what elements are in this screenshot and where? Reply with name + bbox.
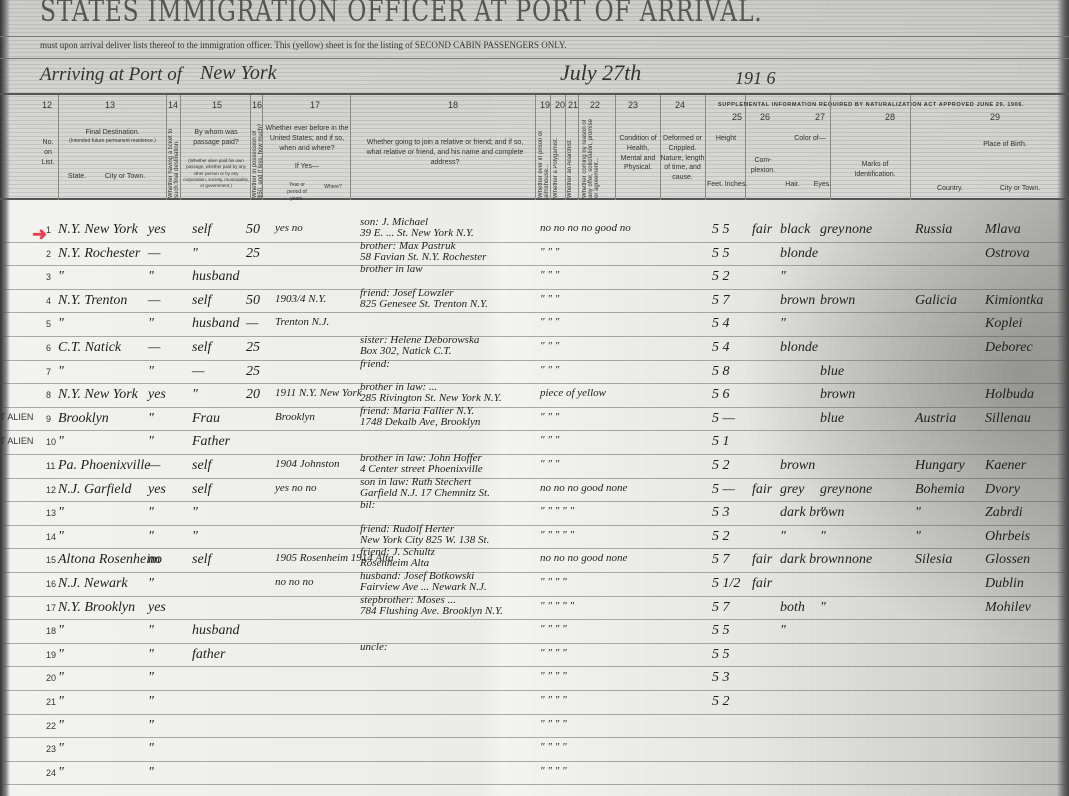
header-passage-paid-sub: (Whether alien paid his own passage, whe… [182, 158, 250, 189]
column-divider [535, 95, 536, 200]
cell-dest: " [58, 741, 64, 757]
cell-city: Deborec [985, 340, 1033, 356]
cell-before: 1903/4 N.Y. [275, 293, 326, 305]
row-rule [0, 478, 1069, 479]
cell-city: Koplei [985, 316, 1022, 332]
cell-dest: " [58, 670, 64, 686]
column-number: 13 [105, 100, 115, 110]
row-number: 1 [46, 225, 51, 235]
cell-ticket: no [148, 552, 162, 568]
cell-country: Galicia [915, 293, 957, 309]
header-state: State. [62, 172, 92, 182]
column-divider [578, 95, 579, 200]
cell-flags: " " " " " [540, 505, 574, 517]
row-rule [0, 360, 1069, 361]
cell-complexion: fair [752, 576, 772, 592]
cell-money: 25 [246, 364, 260, 380]
cell-ticket: " [148, 529, 154, 545]
cell-before: 1911 N.Y. New York [275, 387, 362, 399]
cell-eyes: grey [820, 222, 844, 238]
cell-flags: " " " [540, 411, 559, 423]
header-money: Whether in possession of $50, and if les… [252, 118, 264, 198]
column-number: 16 [252, 100, 262, 110]
row-number: 6 [46, 343, 51, 353]
cell-ticket: yes [148, 600, 166, 616]
row-number: 19 [46, 650, 56, 660]
row-number: 7 [46, 367, 51, 377]
cell-dest: N.Y. Brooklyn [58, 600, 135, 616]
column-number: 22 [590, 100, 600, 110]
cell-flags: " " " " " [540, 600, 574, 612]
cell-height: 5 2 [712, 269, 730, 285]
cell-city: Kimiontka [985, 293, 1043, 309]
header-final-destination: Final Destination. [60, 128, 165, 138]
cell-country: Bohemia [915, 482, 965, 498]
header-city: City or Town. [990, 184, 1050, 194]
header-complexion: Com-plexion. [748, 156, 778, 176]
row-rule [0, 619, 1069, 620]
cell-eyes: brown [820, 387, 855, 403]
cell-flags: no no no good none [540, 482, 627, 494]
cell-ticket: " [148, 434, 154, 450]
cell-ticket: — [148, 458, 160, 474]
cell-eyes: brown [820, 293, 855, 309]
cell-ticket: " [148, 411, 154, 427]
cell-hair: both [780, 600, 805, 616]
cell-join-relative: 4 Center street Phoenixville [360, 463, 483, 475]
header-prison: Whether ever in prison or almshouse... [538, 118, 550, 198]
row-number: 21 [46, 697, 56, 707]
header-city-town: City or Town. [95, 172, 155, 182]
cell-dest: Brooklyn [58, 411, 109, 427]
cell-height: 5 3 [712, 505, 730, 521]
cell-before: yes no [275, 222, 303, 234]
cell-city: Sillenau [985, 411, 1031, 427]
cell-paid: self [192, 340, 211, 356]
cell-dest: Pa. Phoenixville [58, 458, 151, 474]
cell-complexion: fair [752, 222, 772, 238]
header-ticket: Whether having a ticket to such final de… [168, 118, 180, 198]
cell-flags: " " " " [540, 694, 567, 706]
scan-right-edge [1057, 0, 1069, 796]
cell-flags: " " " " [540, 741, 567, 753]
cell-city: Kaener [985, 458, 1026, 474]
cell-dest: " [58, 364, 64, 380]
header-place-of-birth: Place of Birth. [950, 140, 1060, 150]
cell-hair: " [780, 623, 786, 639]
cell-flags: " " " " " [540, 529, 574, 541]
header-if-yes: If Yes— [264, 162, 350, 172]
cell-eyes: blue [820, 364, 844, 380]
cell-ticket: yes [148, 222, 166, 238]
cell-height: 5 2 [712, 458, 730, 474]
column-number: 27 [815, 112, 825, 122]
cell-city: Mohilev [985, 600, 1031, 616]
cell-height: 5 1 [712, 434, 730, 450]
row-rule [0, 336, 1069, 337]
cell-country: " [915, 529, 921, 545]
column-number: 19 [540, 100, 550, 110]
cell-city: Dvory [985, 482, 1020, 498]
cell-flags: " " " [540, 340, 559, 352]
cell-country: Russia [915, 222, 952, 238]
document-title: STATES IMMIGRATION OFFICER AT PORT OF AR… [40, 0, 763, 29]
cell-city: Ostrova [985, 246, 1030, 262]
cell-ticket: " [148, 647, 154, 663]
header-hair: Hair. [780, 180, 805, 190]
column-number: 21 [568, 100, 578, 110]
cell-height: 5 7 [712, 600, 730, 616]
cell-dest: " [58, 694, 64, 710]
cell-eyes: " [820, 600, 826, 616]
cell-hair: black [780, 222, 810, 238]
cell-ticket: — [148, 246, 160, 262]
cell-city: Mlava [985, 222, 1021, 238]
cell-height: 5 8 [712, 364, 730, 380]
cell-flags: " " " [540, 316, 559, 328]
supplemental-header: SUPPLEMENTAL INFORMATION REQUIRED BY NAT… [718, 102, 1024, 108]
rule [0, 36, 1069, 37]
cell-join-relative: 1748 Dekalb Ave, Brooklyn [360, 416, 480, 428]
row-rule [0, 572, 1069, 573]
cell-ticket: " [148, 505, 154, 521]
cell-height: 5 5 [712, 246, 730, 262]
column-number: 17 [310, 100, 320, 110]
column-divider [350, 95, 351, 200]
cell-height: 5 — [712, 482, 735, 498]
cell-flags: " " " " [540, 670, 567, 682]
row-rule [0, 501, 1069, 502]
column-divider [910, 95, 911, 200]
cell-paid: " [192, 505, 198, 521]
cell-dest: " [58, 529, 64, 545]
port-value: New York [200, 62, 277, 85]
row-rule [0, 643, 1069, 644]
cell-eyes: blue [820, 411, 844, 427]
cell-join-relative: 784 Flushing Ave. Brooklyn N.Y. [360, 605, 503, 617]
cell-dest: " [58, 434, 64, 450]
cell-dest: " [58, 269, 64, 285]
cell-eyes: grey [820, 482, 844, 498]
row-number: 18 [46, 626, 56, 636]
cell-dest: N.J. Garfield [58, 482, 132, 498]
row-rule [0, 383, 1069, 384]
cell-hair: " [780, 316, 786, 332]
cell-hair: " [780, 269, 786, 285]
cell-dest: N.Y. New York [58, 387, 138, 403]
cell-flags: " " " " [540, 623, 567, 635]
row-rule [0, 407, 1069, 408]
cell-height: 5 6 [712, 387, 730, 403]
row-number: 12 [46, 485, 56, 495]
row-number: 14 [46, 532, 56, 542]
cell-complexion: fair [752, 552, 772, 568]
cell-ticket: " [148, 576, 154, 592]
cell-before: Trenton N.J. [275, 316, 329, 328]
cell-join-relative: 39 E. ... St. New York N.Y. [360, 227, 474, 239]
column-number: 29 [990, 112, 1000, 122]
cell-ticket: " [148, 670, 154, 686]
header-no-on-list: No. on List. [38, 138, 58, 167]
column-number: 14 [168, 100, 178, 110]
cell-paid: " [192, 387, 198, 403]
cell-flags: no no no good none [540, 552, 627, 564]
date-value: July 27th [560, 60, 641, 86]
cell-paid: Father [192, 434, 230, 450]
cell-before: 1904 Johnston [275, 458, 339, 470]
column-number: 28 [885, 112, 895, 122]
row-number: 5 [46, 319, 51, 329]
cell-city: Glossen [985, 552, 1030, 568]
cell-country: Silesia [915, 552, 952, 568]
cell-paid: self [192, 482, 211, 498]
year-value: 191 6 [735, 68, 776, 89]
cell-hair: blonde [780, 246, 818, 262]
row-rule [0, 737, 1069, 738]
column-divider [58, 95, 59, 200]
header-where: Where? [318, 184, 348, 191]
header-years: Year or period of years. [282, 182, 312, 203]
cell-height: 5 4 [712, 340, 730, 356]
cell-height: 5 2 [712, 694, 730, 710]
cell-marks: none [845, 552, 872, 568]
cell-city: Holbuda [985, 387, 1034, 403]
cell-ticket: " [148, 364, 154, 380]
cell-country: Austria [915, 411, 956, 427]
cell-eyes: " [820, 529, 826, 545]
cell-paid: father [192, 647, 225, 663]
cell-before: yes no no [275, 482, 317, 494]
cell-dest: " [58, 623, 64, 639]
cell-marks: none [845, 482, 872, 498]
cell-hair: dark brown [780, 552, 844, 568]
header-marks: Marks of Identification. [840, 160, 910, 180]
cell-before: Brooklyn [275, 411, 315, 423]
row-rule [0, 690, 1069, 691]
row-rule [0, 596, 1069, 597]
cell-before: no no no [275, 576, 314, 588]
cell-eyes: " [820, 505, 826, 521]
cell-height: 5 4 [712, 316, 730, 332]
cell-ticket: " [148, 623, 154, 639]
cell-height: 5 5 [712, 623, 730, 639]
cell-height: 5 2 [712, 529, 730, 545]
cell-city: Dublin [985, 576, 1024, 592]
cell-dest: " [58, 316, 64, 332]
header-join-relative: Whether going to join a relative or frie… [360, 138, 530, 167]
side-label: T ALIEN [0, 436, 33, 446]
row-number: 3 [46, 272, 51, 282]
cell-flags: " " " " [540, 647, 567, 659]
cell-money: 25 [246, 340, 260, 356]
cell-flags: " " " [540, 269, 559, 281]
cell-paid: — [192, 364, 204, 380]
cell-join-relative: 58 Favian St. N.Y. Rochester [360, 251, 486, 263]
header-color-of: Color of— [790, 134, 830, 144]
cell-ticket: " [148, 741, 154, 757]
cell-ticket: — [148, 340, 160, 356]
header-height: Height [706, 134, 746, 144]
column-number: 20 [555, 100, 565, 110]
cell-money: 50 [246, 293, 260, 309]
cell-join-relative: Box 302, Natick C.T. [360, 345, 451, 357]
cell-height: 5 5 [712, 647, 730, 663]
row-number: 16 [46, 579, 56, 589]
cell-hair: dark brown [780, 505, 844, 521]
cell-join-relative: uncle: [360, 641, 387, 653]
column-number: 12 [42, 100, 52, 110]
cell-join-relative: Garfield N.J. 17 Chemnitz St. [360, 487, 490, 499]
cell-paid: self [192, 293, 211, 309]
row-rule [0, 289, 1069, 290]
header-health: Condition of Health, Mental and Physical… [616, 134, 660, 173]
cell-join-relative: bil: [360, 499, 375, 511]
cell-paid: " [192, 246, 198, 262]
scan-left-edge [0, 0, 10, 796]
cell-paid: " [192, 529, 198, 545]
cell-dest: " [58, 765, 64, 781]
column-divider [550, 95, 551, 200]
cell-ticket: " [148, 765, 154, 781]
row-rule [0, 714, 1069, 715]
cell-hair: brown [780, 293, 815, 309]
cell-country: Hungary [915, 458, 965, 474]
row-number: 13 [46, 508, 56, 518]
row-number: 8 [46, 390, 51, 400]
header-offer: Whether coming by reason of any offer, s… [582, 118, 600, 198]
row-rule [0, 312, 1069, 313]
cell-height: 5 1/2 [712, 576, 740, 592]
cell-ticket: " [148, 316, 154, 332]
cell-hair: grey [780, 482, 804, 498]
cell-flags: " " " [540, 458, 559, 470]
row-number: 15 [46, 555, 56, 565]
cell-flags: no no no no good no [540, 222, 631, 234]
cell-marks: none [845, 222, 872, 238]
header-eyes: Eyes. [810, 180, 835, 190]
row-number: 11 [46, 461, 55, 471]
cell-flags: " " " [540, 246, 559, 258]
cell-dest: N.Y. New York [58, 222, 138, 238]
cell-dest: " [58, 505, 64, 521]
manifest-sheet: STATES IMMIGRATION OFFICER AT PORT OF AR… [0, 0, 1069, 796]
cell-dest: C.T. Natick [58, 340, 121, 356]
cell-hair: blonde [780, 340, 818, 356]
cell-flags: " " " " [540, 576, 567, 588]
cell-paid: husband [192, 623, 239, 639]
cell-paid: Frau [192, 411, 220, 427]
row-number: 22 [46, 721, 56, 731]
cell-flags: " " " [540, 364, 559, 376]
cell-paid: self [192, 222, 211, 238]
row-rule [0, 454, 1069, 455]
cell-flags: " " " [540, 434, 559, 446]
header-deformed: Deformed or Crippled. Nature, length of … [660, 134, 705, 183]
column-divider [250, 95, 251, 200]
column-number: 25 [732, 112, 742, 122]
rule [0, 58, 1069, 59]
cell-dest: N.J. Newark [58, 576, 128, 592]
arriving-label: Arriving at Port of [40, 64, 182, 86]
cell-money: — [246, 316, 258, 332]
cell-flags: piece of yellow [540, 387, 606, 399]
cell-dest: N.Y. Trenton [58, 293, 127, 309]
row-rule [0, 525, 1069, 526]
header-country: Country. [920, 184, 980, 194]
cell-hair: " [780, 529, 786, 545]
header-before-in-us: Whether ever before in the United States… [264, 124, 350, 153]
column-number: 24 [675, 100, 685, 110]
cell-city: Ohrbeis [985, 529, 1030, 545]
cell-ticket: yes [148, 387, 166, 403]
cell-join-relative: Fairview Ave ... Newark N.J. [360, 581, 487, 593]
header-polygamist: Whether a Polygamist. [553, 118, 559, 198]
cell-join-relative: 285 Rivington St. New York N.Y. [360, 392, 502, 404]
header-inches: Inches. [724, 180, 748, 190]
header-anarchist: Whether an Anarchist. [567, 118, 573, 198]
column-divider [565, 95, 566, 200]
header-passage-paid: By whom was passage paid? [182, 128, 250, 148]
row-rule [0, 265, 1069, 266]
column-number: 15 [212, 100, 222, 110]
cell-ticket: yes [148, 482, 166, 498]
column-number: 18 [448, 100, 458, 110]
cell-paid: husband [192, 269, 239, 285]
row-rule [0, 784, 1069, 785]
row-rule [0, 548, 1069, 549]
cell-paid: husband [192, 316, 239, 332]
cell-ticket: — [148, 293, 160, 309]
row-rule [0, 666, 1069, 667]
cell-dest: Altona Rosenheim [58, 552, 160, 568]
header-final-destination-sub: (Intended future permanent residence.) [60, 138, 165, 145]
cell-money: 25 [246, 246, 260, 262]
cell-paid: self [192, 552, 211, 568]
row-number: 4 [46, 296, 51, 306]
cell-complexion: fair [752, 482, 772, 498]
cell-join-relative: friend: [360, 358, 390, 370]
cell-join-relative: brother in law [360, 263, 423, 275]
column-number: 26 [760, 112, 770, 122]
cell-money: 50 [246, 222, 260, 238]
cell-height: 5 — [712, 411, 735, 427]
column-number: 23 [628, 100, 638, 110]
cell-height: 5 3 [712, 670, 730, 686]
cell-hair: brown [780, 458, 815, 474]
instruction-text: must upon arrival deliver lists thereof … [40, 40, 566, 50]
row-rule [0, 242, 1069, 243]
cell-join-relative: New York City 825 W. 138 St. [360, 534, 489, 546]
row-number: 10 [46, 437, 56, 447]
cell-height: 5 7 [712, 552, 730, 568]
cell-ticket: " [148, 718, 154, 734]
cell-country: " [915, 505, 921, 521]
cell-dest: N.Y. Rochester [58, 246, 140, 262]
cell-join-relative: 825 Genesee St. Trenton N.Y. [360, 298, 488, 310]
row-number: 23 [46, 744, 56, 754]
cell-city: Zabrdi [985, 505, 1023, 521]
cell-flags: " " " " [540, 718, 567, 730]
cell-height: 5 7 [712, 293, 730, 309]
row-number: 24 [46, 768, 56, 778]
cell-ticket: " [148, 269, 154, 285]
cell-join-relative: Rosenheim Alta [360, 557, 429, 569]
column-divider [166, 95, 167, 200]
cell-paid: self [192, 458, 211, 474]
cell-money: 20 [246, 387, 260, 403]
row-number: 20 [46, 673, 56, 683]
row-number: 2 [46, 249, 51, 259]
